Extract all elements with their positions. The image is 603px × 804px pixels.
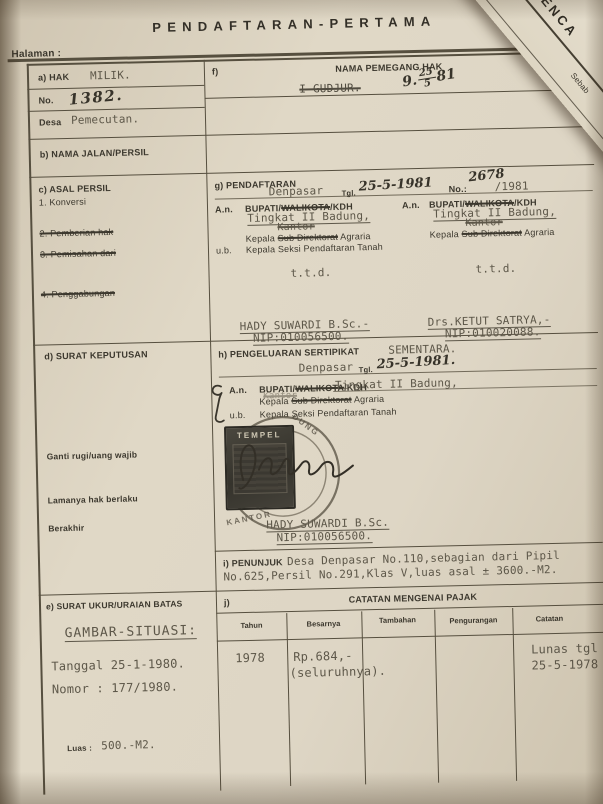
pajak-catatan-value: Lunas tgl [531,641,598,657]
kepala-pre: Kepala [246,233,275,244]
g-right-ttd: t.t.d. [475,262,516,276]
h-an: A.n. [229,385,247,395]
g-city: Denpasar [269,184,324,198]
asal-item-penggabungan: 4. Penggabungan [41,288,115,300]
form-sheet: PENDAFTARAN-PERTAMA Halaman : a) HAK MIL… [0,0,603,804]
pajak-tahun-value: 1978 [235,651,265,666]
asal-persil-label: c) ASAL PERSIL [38,183,111,195]
hand-month: 5 [418,78,437,91]
hand-year: 81 [435,66,457,85]
g-date-handwritten: 25-5-1981 [358,175,433,194]
g-left-an: A.n. [215,204,233,214]
col-besarnya: Besarnya [306,619,340,629]
g-right-kantor: Kantor [465,217,503,229]
asal-item-pemberian: 2. Pemberian hak [39,227,113,239]
g-left-kantor: Kantor [277,221,315,233]
col-catatan: Catatan [536,614,564,624]
asal-item-konversi: 1. Konversi [39,197,86,208]
asal-item-pemisahan: 3. Pemisahan dari [40,248,116,260]
grid-line [217,632,603,642]
no-label: No. [38,95,53,105]
desa-value: Pemecutan. [71,112,140,127]
kepala-pre: Kepala [259,396,288,407]
luas-value: 500.-M2. [101,738,156,752]
grid-line [27,64,45,795]
h-tingkat: Tingkat II Badung, [335,376,458,392]
grid-line [205,89,593,99]
kepala-post: Agraria [340,231,371,242]
j-label: j) [224,597,230,607]
kepala-struck: Sub Direktorat [291,395,352,406]
ganti-rugi-label: Ganti rugi/uang wajib [47,449,138,461]
nama-pemegang-hak-header: NAMA PEMEGANG HAK [254,60,524,76]
g-no-label: No.: [449,184,468,194]
nama-jalan-label: b) NAMA JALAN/PERSIL [40,147,149,159]
no-value-handwritten: 1382. [68,86,124,109]
g-left-ttd: t.t.d. [290,266,331,280]
f-label: f) [212,67,219,77]
h-city: Denpasar [299,361,354,375]
official-signature [224,427,361,500]
col-tambahan: Tambahan [379,615,416,625]
kepala-post: Agraria [354,394,385,405]
col-pengurangan: Pengurangan [449,615,497,625]
kepala-pre: Kepala [430,229,459,240]
gambar-nomor: Nomor : 177/1980. [52,680,179,697]
gambar-tanggal: Tanggal 25-1-1980. [51,656,185,673]
g-no-suffix: /1981 [494,179,528,193]
berakhir-label: Berakhir [48,523,84,534]
hand-initial: 9. [401,72,418,90]
kepala-post: Agraria [524,227,555,238]
h-kepala: Kepala Sub Direktorat Agraria [259,394,384,407]
scanned-form-page: PENDAFTARAN-PERTAMA Halaman : a) HAK MIL… [0,0,603,804]
g-tgl-label: Tgl. [342,188,356,197]
g-right-kepala: Kepala Sub Direktorat Agraria [430,227,555,240]
g-right-nip: NIP:010020088. [445,325,541,341]
pajak-header: CATATAN MENGENAI PAJAK [268,590,558,607]
surat-keputusan-label: d) SURAT KEPUTUSAN [44,349,148,361]
g-right-an: A.n. [402,200,420,210]
surat-ukur-label: e) SURAT UKUR/URAIAN BATAS [46,598,183,611]
g-ub: u.b. [216,245,232,255]
luas-label: Luas : [67,744,92,754]
gambar-situasi: GAMBAR-SITUASI: [64,623,197,642]
col-tahun: Tahun [240,621,262,630]
g-seksi: Kepala Seksi Pendaftaran Tanah [246,242,383,255]
kepala-struck: Sub Direktorat [278,232,339,243]
pajak-catatan-value2: 25-5-1978 [531,657,598,673]
h-tgl-label: Tgl. [359,365,373,374]
pajak-besarnya-value: Rp.684,- [293,649,353,664]
grid-line [29,164,594,178]
grid-line [28,126,593,140]
g-left-nip: NIP:010056500. [253,330,349,346]
penunjuk-label: i) PENUNJUK [223,557,283,568]
lamanya-hak-label: Lamanya hak berlaku [48,493,138,505]
hak-label: a) HAK [38,72,69,83]
h-date-handwritten: 25-5-1981. [376,353,455,373]
h-nip: NIP:010056500. [276,529,372,545]
kepala-struck: Sub Direktorat [462,228,523,239]
pengeluaran-label: h) PENGELUARAN SERTIPIKAT [218,346,359,359]
struck-owner-name: I GUDJUR. [299,81,361,95]
hak-value: MILIK. [90,68,131,82]
pajak-besarnya-value2: (seluruhnya). [289,664,386,680]
grid-line [28,107,205,112]
desa-label: Desa [39,117,62,128]
